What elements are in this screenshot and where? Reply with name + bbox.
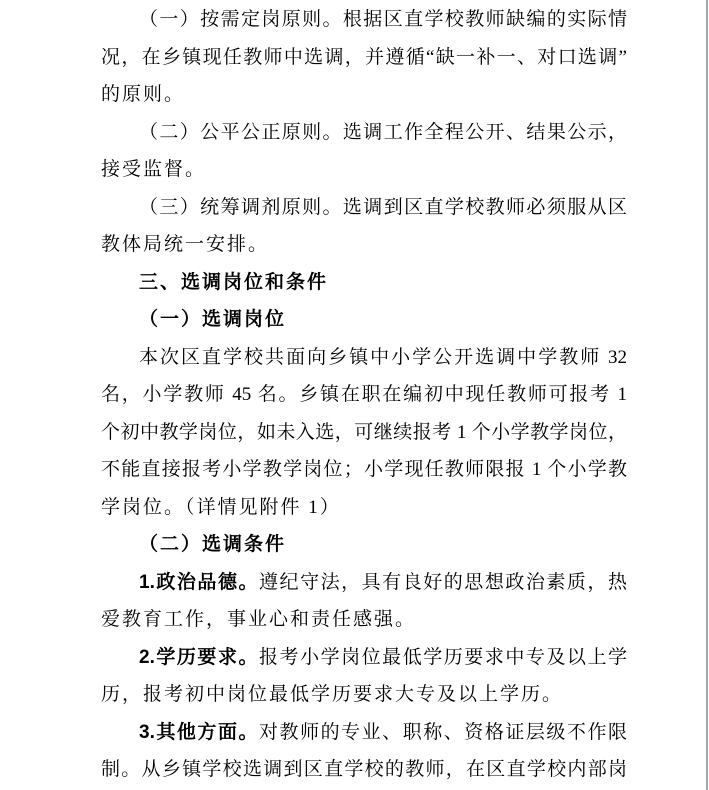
doc-heading-level1: 三、选调岗位和条件 [101, 264, 627, 302]
doc-line: （一）按需定岗原则。根据区直学校教师缺编的实际情 [101, 1, 627, 39]
doc-line: 接受监督。 [101, 151, 627, 189]
doc-line: 学岗位。（详情见附件 1） [101, 489, 627, 527]
doc-line-text: 况，在乡镇现任教师中选调，并遵循“缺一补一、对口选调” [101, 47, 627, 68]
doc-line-bold: 1.政治品德。 [139, 572, 259, 593]
doc-line: 1.政治品德。遵纪守法，具有良好的思想政治素质，热 [101, 564, 627, 602]
doc-line-text: 教体局统一安排。 [101, 234, 269, 255]
doc-line-text: （二）公平公正原则。选调工作全程公开、结果公示， [139, 122, 627, 143]
doc-line-text: 不能直接报考小学教学岗位；小学现任教师限报 1 个小学教 [101, 459, 627, 480]
doc-heading-text: （一）选调岗位 [139, 309, 286, 330]
doc-line-text: 本次区直学校共面向乡镇中小学公开选调中学教师 32 [139, 347, 627, 368]
doc-line: 教体局统一安排。 [101, 226, 627, 264]
doc-line: 的原则。 [101, 76, 627, 114]
document-page: （一）按需定岗原则。根据区直学校教师缺编的实际情 况，在乡镇现任教师中选调，并遵… [0, 0, 709, 790]
doc-line-bold: 2.学历要求。 [139, 647, 259, 668]
doc-line: 名，小学教师 45 名。乡镇在职在编初中现任教师可报考 1 [101, 376, 627, 414]
doc-line-text: 学岗位。（详情见附件 1） [101, 497, 341, 518]
doc-heading-text: 三、选调岗位和条件 [139, 272, 328, 293]
doc-line: （三）统筹调剂原则。选调到区直学校教师必须服从区 [101, 189, 627, 227]
doc-line: （二）公平公正原则。选调工作全程公开、结果公示， [101, 114, 627, 152]
doc-heading-level2: （一）选调岗位 [101, 301, 627, 339]
doc-line-text: 的原则。 [101, 84, 185, 105]
doc-line: 3.其他方面。对教师的专业、职称、资格证层级不作限 [101, 714, 627, 752]
doc-line-text: 接受监督。 [101, 159, 206, 180]
page-right-edge-line [706, 0, 708, 790]
doc-line: 个初中教学岗位，如未入选，可继续报考 1 个小学教学岗位， [101, 414, 627, 452]
doc-heading-level2: （二）选调条件 [101, 526, 627, 564]
doc-line: 况，在乡镇现任教师中选调，并遵循“缺一补一、对口选调” [101, 39, 627, 77]
doc-line: 历，报考初中岗位最低学历要求大专及以上学历。 [101, 676, 627, 714]
doc-line-text: 爱教育工作，事业心和责任感强。 [101, 609, 416, 630]
doc-line: 2.学历要求。报考小学岗位最低学历要求中专及以上学 [101, 639, 627, 677]
doc-line-bold: 3.其他方面。 [139, 722, 259, 743]
doc-line-text: 对教师的专业、职称、资格证层级不作限 [259, 722, 627, 743]
doc-line-text: 个初中教学岗位，如未入选，可继续报考 1 个小学教学岗位， [101, 422, 627, 443]
doc-line-text: （一）按需定岗原则。根据区直学校教师缺编的实际情 [139, 9, 627, 30]
doc-line: 爱教育工作，事业心和责任感强。 [101, 601, 627, 639]
doc-line: 制。从乡镇学校选调到区直学校的教师，在区直学校内部岗 [101, 751, 627, 789]
doc-line: 不能直接报考小学教学岗位；小学现任教师限报 1 个小学教 [101, 451, 627, 489]
doc-line-text: （三）统筹调剂原则。选调到区直学校教师必须服从区 [139, 197, 627, 218]
doc-line-text: 制。从乡镇学校选调到区直学校的教师，在区直学校内部岗 [101, 759, 627, 780]
doc-line-text: 遵纪守法，具有良好的思想政治素质，热 [259, 572, 627, 593]
doc-line: 本次区直学校共面向乡镇中小学公开选调中学教师 32 [101, 339, 627, 377]
document-text-block: （一）按需定岗原则。根据区直学校教师缺编的实际情 况，在乡镇现任教师中选调，并遵… [101, 1, 627, 789]
doc-line-text: 名，小学教师 45 名。乡镇在职在编初中现任教师可报考 1 [101, 384, 627, 405]
doc-line-text: 历，报考初中岗位最低学历要求大专及以上学历。 [101, 684, 563, 705]
doc-heading-text: （二）选调条件 [139, 534, 286, 555]
doc-line-text: 报考小学岗位最低学历要求中专及以上学 [259, 647, 627, 668]
